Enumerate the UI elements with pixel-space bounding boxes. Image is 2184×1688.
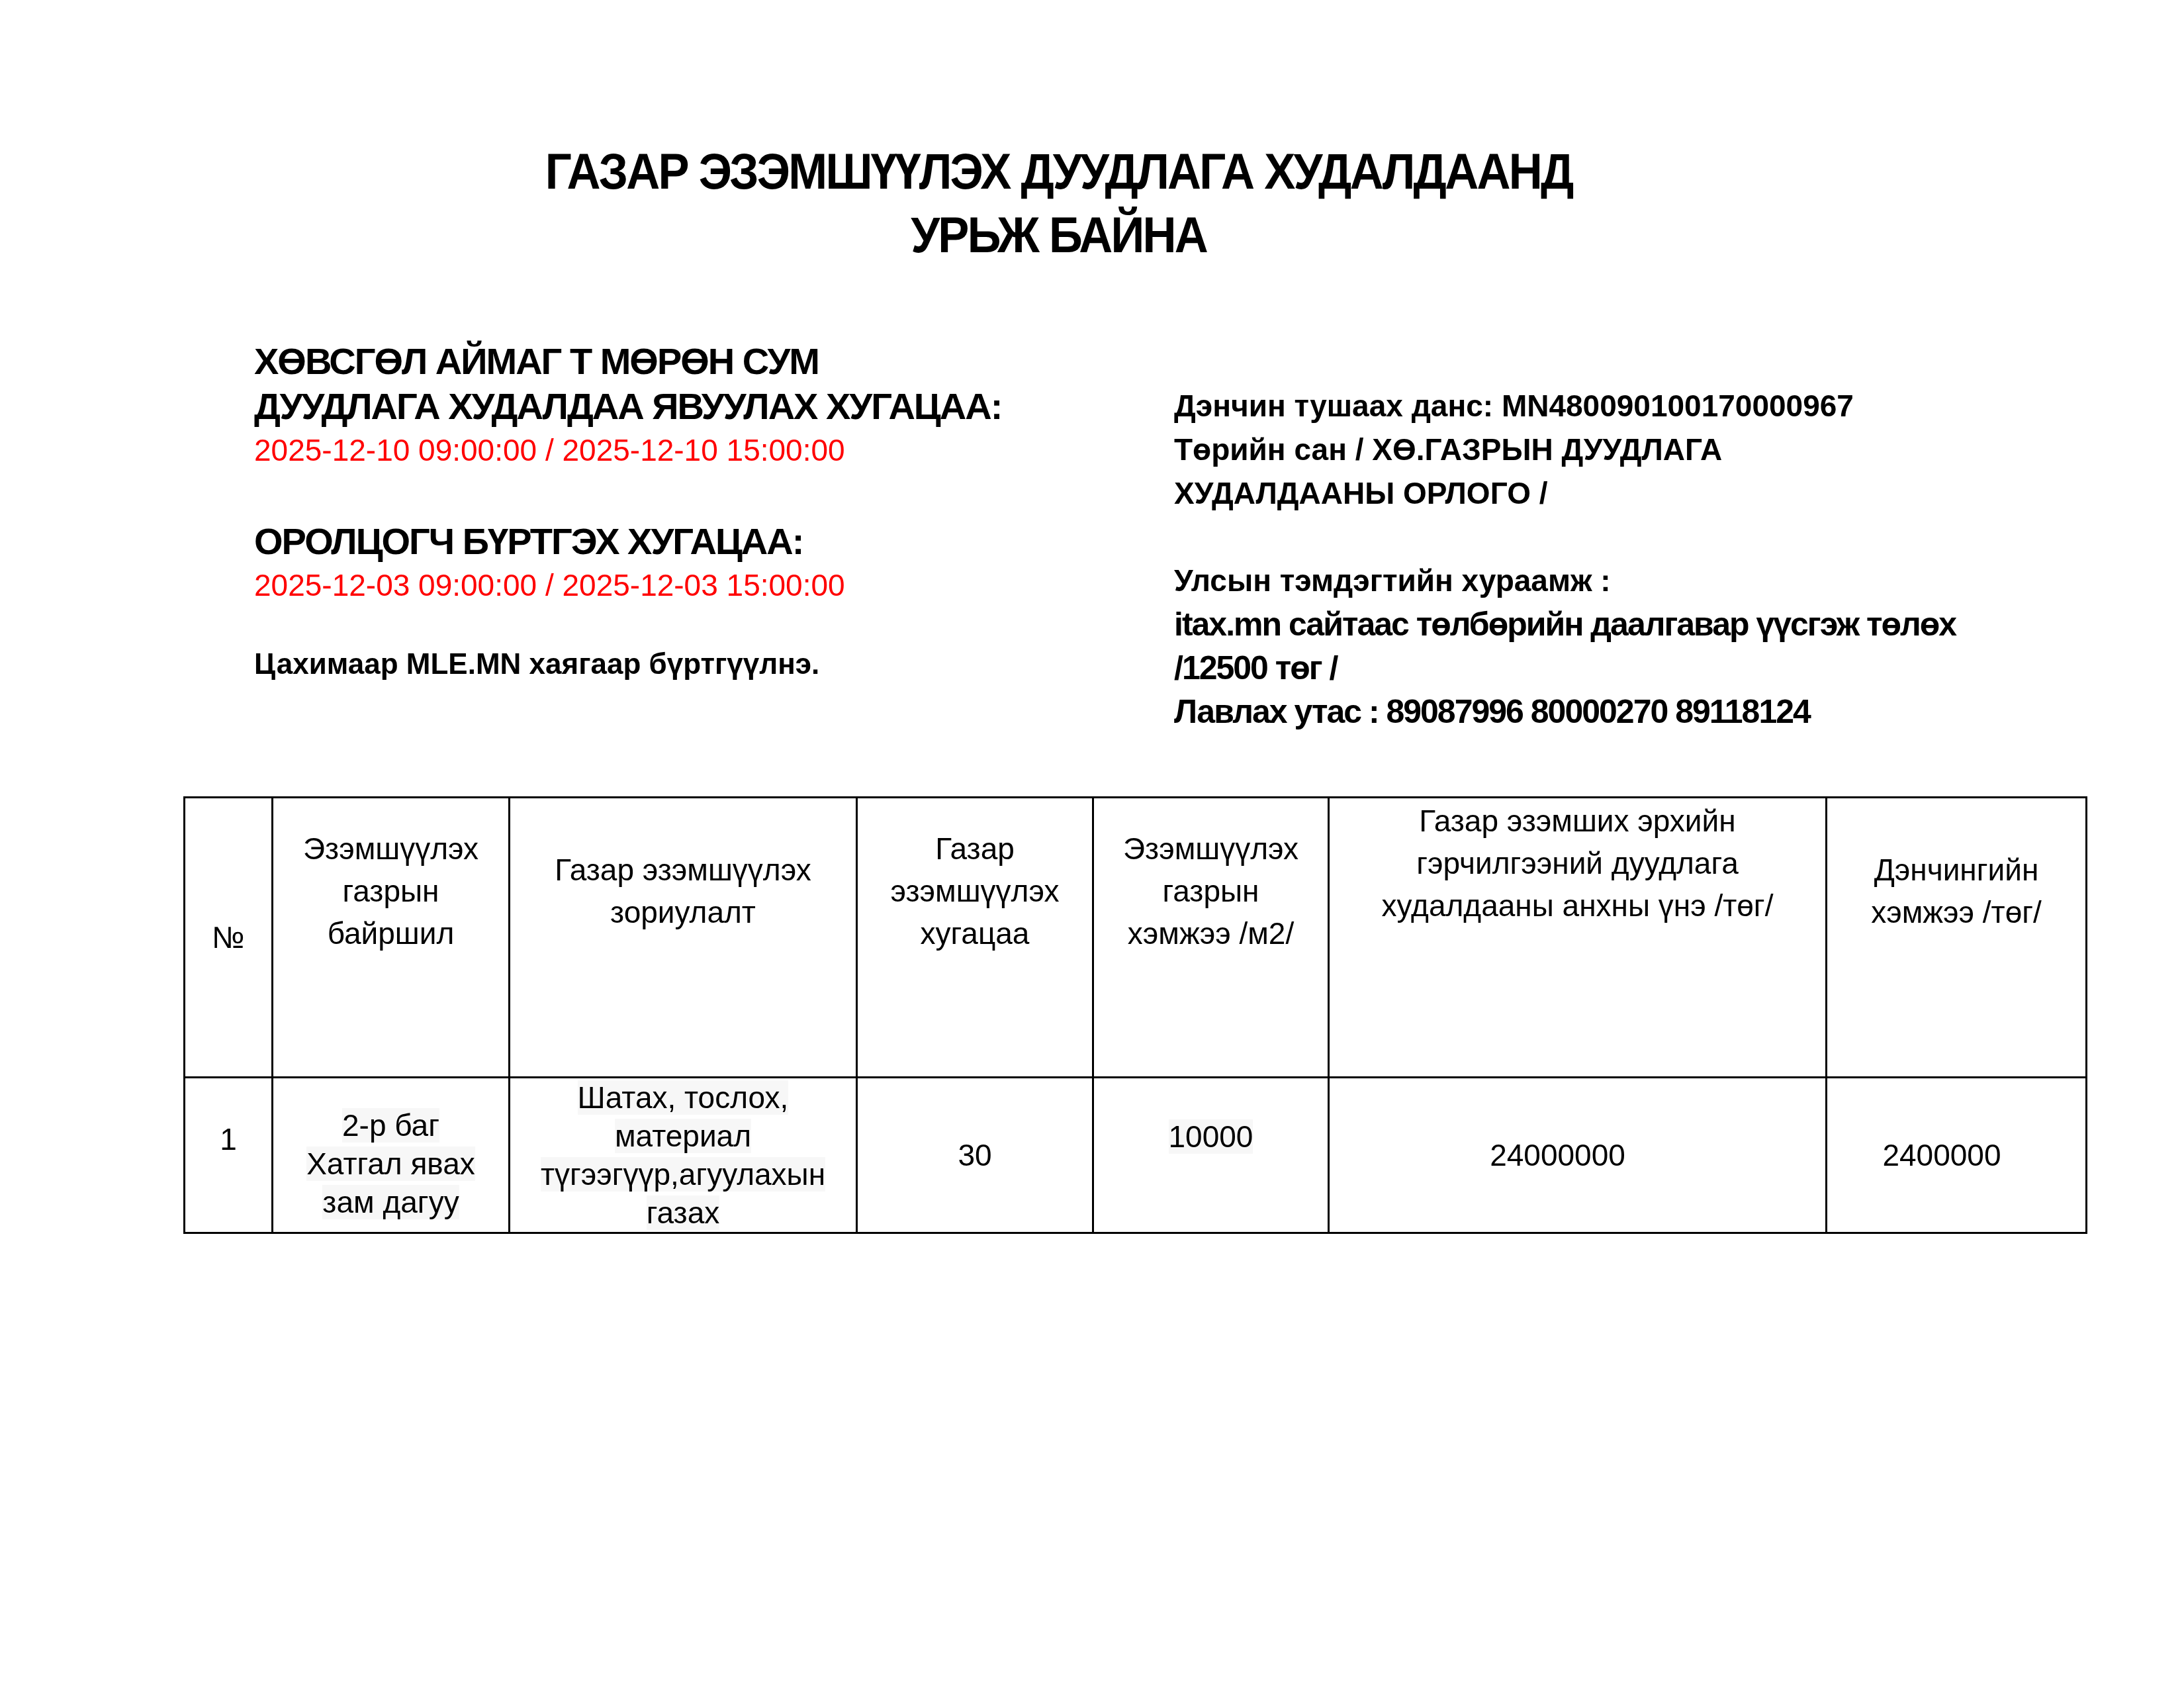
auction-period-label: ДУУДЛАГА ХУДАЛДАА ЯВУУЛАХ ХУГАЦАА: (254, 384, 1115, 429)
stamp-fee-label: Улсын тэмдэгтийн хураамж : (1174, 559, 2034, 602)
land-lots-table: № Эзэмшүүлэх газрын байршил Газар эзэмшү… (183, 796, 2087, 1234)
header-size: Эзэмшүүлэх газрын хэмжээ /м2/ (1093, 798, 1329, 1078)
cell-number: 1 (185, 1078, 273, 1233)
registration-period-value: 2025-12-03 09:00:00 / 2025-12-03 15:00:0… (254, 564, 1115, 606)
payment-info-block: Дэнчин тушаах данс: MN480090100170000967… (1174, 384, 2034, 733)
header-deposit: Дэнчингийн хэмжээ /төг/ (1827, 798, 2087, 1078)
header-starting-price: Газар эзэмших эрхийн гэрчилгээний дуудла… (1329, 798, 1827, 1078)
page-title-line-1: ГАЗАР ЭЗЭМШҮҮЛЭХ ДУУДЛАГА ХУДАЛДААНД (0, 140, 2117, 204)
cell-deposit: 2400000 (1827, 1078, 2087, 1233)
table-row: 1 2-р баг Хатгал явах зам дагуу Шатах, т… (185, 1078, 2087, 1233)
auction-schedule-block: ХӨВСГӨЛ АЙМАГ Т МӨРӨН СУМ ДУУДЛАГА ХУДАЛ… (254, 339, 1115, 683)
cell-location: 2-р баг Хатгал явах зам дагуу (273, 1078, 510, 1233)
treasury-line-1: Төрийн сан / ХӨ.ГАЗРЫН ДУУДЛАГА (1174, 428, 2034, 471)
header-location: Эзэмшүүлэх газрын байршил (273, 798, 510, 1078)
deposit-account: Дэнчин тушаах данс: MN480090100170000967 (1174, 384, 2034, 428)
header-purpose: Газар эзэмшүүлэх зориулалт (510, 798, 857, 1078)
cell-starting-price: 24000000 (1329, 1078, 1827, 1233)
header-number: № (185, 798, 273, 1078)
page-title-line-2: УРЬЖ БАЙНА (0, 204, 2117, 267)
auction-period-value: 2025-12-10 09:00:00 / 2025-12-10 15:00:0… (254, 429, 1115, 471)
stamp-fee-line-1: itax.mn сайтаас төлбөрийн даалгавар үүсг… (1174, 602, 2034, 646)
location-heading: ХӨВСГӨЛ АЙМАГ Т МӨРӨН СУМ (254, 339, 1115, 384)
header-term: Газар эзэмшүүлэх хугацаа (857, 798, 1093, 1078)
cell-size: 10000 (1093, 1078, 1329, 1233)
cell-purpose: Шатах, тослох, материал түгээгүүр,агуула… (510, 1078, 857, 1233)
stamp-fee-line-2: /12500 төг / (1174, 646, 2034, 690)
contact-phones: Лавлах утас : 89087996 80000270 89118124 (1174, 690, 2034, 733)
page-title: ГАЗАР ЭЗЭМШҮҮЛЭХ ДУУДЛАГА ХУДАЛДААНД УРЬ… (0, 140, 2117, 267)
registration-period-label: ОРОЛЦОГЧ БҮРТГЭХ ХУГАЦАА: (254, 519, 1115, 564)
online-registration-note: Цахимаар MLE.MN хаягаар бүртгүүлнэ. (254, 646, 1115, 683)
cell-term: 30 (857, 1078, 1093, 1233)
table-header-row: № Эзэмшүүлэх газрын байршил Газар эзэмшү… (185, 798, 2087, 1078)
treasury-line-2: ХУДАЛДААНЫ ОРЛОГО / (1174, 471, 2034, 515)
